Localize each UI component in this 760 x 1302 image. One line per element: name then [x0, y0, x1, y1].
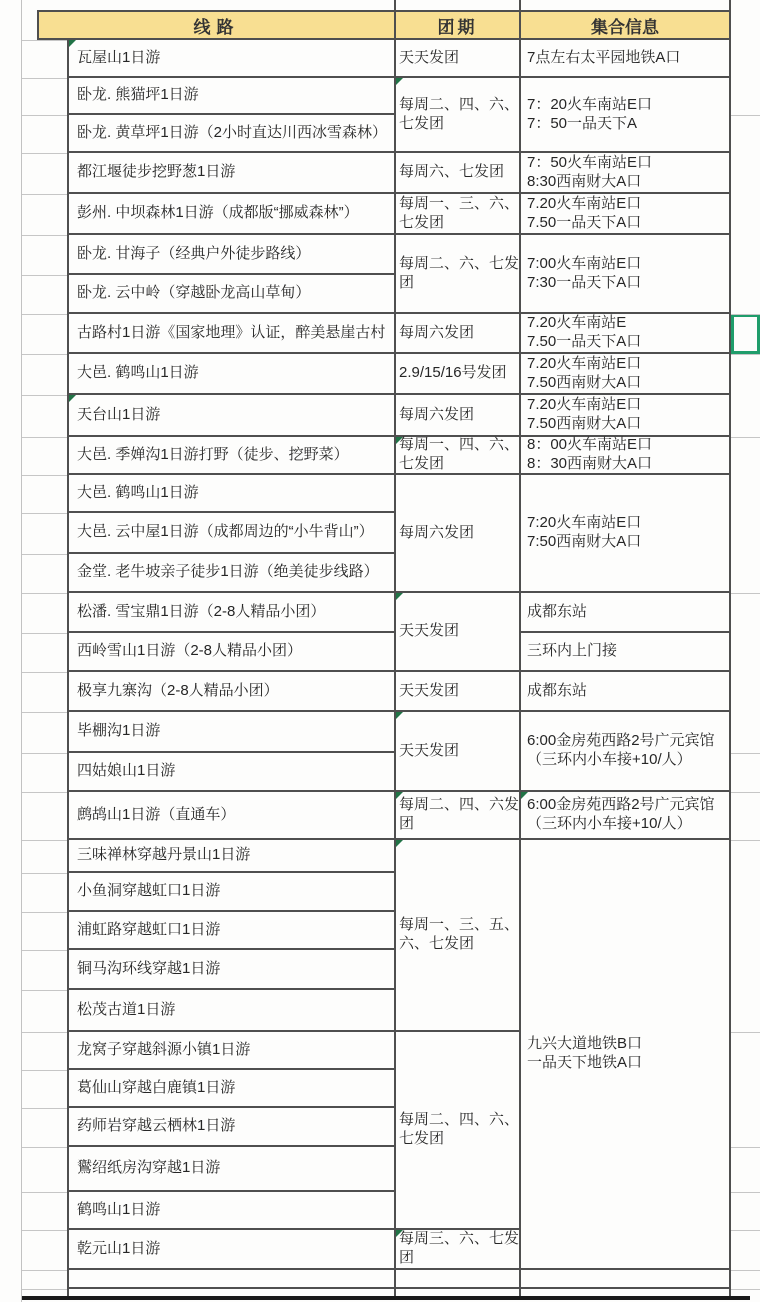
period-cell[interactable]: 天天发团 [396, 593, 521, 672]
meeting-cell[interactable]: 7.20火车南站E口 7.50西南财大A口 [521, 395, 731, 437]
route-text: 葛仙山穿越白鹿镇1日游 [77, 1079, 235, 1098]
meeting-text: 7.20火车南站E口 7.50西南财大A口 [527, 396, 641, 434]
margin-gridline [731, 1032, 760, 1033]
route-text: 卧龙. 熊猫坪1日游 [77, 86, 199, 105]
period-cell[interactable]: 每周六发团 [396, 314, 521, 354]
route-text: 西岭雪山1日游（2-8人精品小团） [77, 642, 302, 661]
meeting-cell[interactable]: 7点左右太平园地铁A口 [521, 40, 731, 78]
meeting-text: 6:00金房苑西路2号广元宾馆（三环内小车接+10/人） [527, 796, 725, 834]
margin-gridline [22, 1270, 67, 1271]
meeting-cell[interactable]: 三环内上门接 [521, 633, 731, 672]
route-cell[interactable]: 铜马沟环线穿越1日游 [67, 950, 396, 990]
period-text: 每周二、四、六发团 [399, 796, 519, 834]
cell-flag-marker-icon [396, 840, 403, 847]
margin-gridline [22, 990, 67, 991]
route-text: 极享九寨沟（2-8人精品小团） [77, 682, 279, 701]
margin-gridline [731, 1147, 760, 1148]
column-header-meeting-label: 集合信息 [591, 13, 659, 38]
route-cell[interactable]: 葛仙山穿越白鹿镇1日游 [67, 1070, 396, 1108]
route-cell[interactable]: 卧龙. 云中岭（穿越卧龙高山草甸） [67, 275, 396, 314]
margin-gridline [22, 437, 67, 438]
period-text: 每周三、六、七发团 [399, 1230, 519, 1268]
meeting-cell[interactable]: 7.20火车南站E口 7.50西南财大A口 [521, 354, 731, 395]
period-text: 天天发团 [399, 49, 459, 68]
route-text: 小鱼洞穿越虹口1日游 [77, 882, 220, 901]
margin-gridline [22, 792, 67, 793]
margin-gridline [22, 235, 67, 236]
margin-gridline [22, 513, 67, 514]
meeting-cell[interactable]: 7:20火车南站E口 7:50西南财大A口 [521, 475, 731, 593]
route-text: 卧龙. 黄草坪1日游（2小时直达川西冰雪森林） [77, 124, 387, 143]
route-cell[interactable]: 卧龙. 甘海子（经典户外徒步路线） [67, 235, 396, 275]
meeting-cell[interactable]: 7.20火车南站E口 7.50一品天下A口 [521, 194, 731, 235]
route-cell[interactable]: 大邑. 鹤鸣山1日游 [67, 354, 396, 395]
top-strip-cell [396, 0, 521, 10]
period-text: 每周六、七发团 [399, 163, 504, 182]
spreadsheet-table: 线路 团期 集合信息 瓦屋山1日游 卧龙. 熊猫坪1日游 卧龙. 黄草坪1日游（… [0, 0, 760, 1302]
meeting-text: 7点左右太平园地铁A口 [527, 49, 680, 68]
margin-gridline [22, 194, 67, 195]
route-cell[interactable]: 松潘. 雪宝鼎1日游（2-8人精品小团） [67, 593, 396, 633]
route-text: 毕棚沟1日游 [77, 722, 160, 741]
period-text: 每周六发团 [399, 406, 474, 425]
margin-gridline [22, 912, 67, 913]
margin-gridline [731, 753, 760, 754]
margin-gridline [22, 633, 67, 634]
route-cell[interactable]: 乾元山1日游 [67, 1230, 396, 1270]
route-text: 卧龙. 云中岭（穿越卧龙高山草甸） [77, 284, 310, 303]
cell-flag-marker-icon [396, 1230, 403, 1237]
meeting-text: 6:00金房苑西路2号广元宾馆（三环内小车接+10/人） [527, 732, 725, 770]
period-cell[interactable]: 天天发团 [396, 40, 521, 78]
cell-flag-marker-icon [396, 78, 403, 85]
route-text: 药师岩穿越云栖林1日游 [77, 1117, 235, 1136]
margin-gridline [731, 593, 760, 594]
meeting-text: 成都东站 [527, 682, 587, 701]
meeting-cell-empty[interactable] [521, 1270, 731, 1289]
route-text: 都江堰徒步挖野葱1日游 [77, 163, 235, 182]
margin-gridline [731, 792, 760, 793]
period-text: 每周一、三、五、六、七发团 [399, 916, 519, 954]
period-text: 每周六发团 [399, 524, 474, 543]
margin-gridline [731, 354, 760, 355]
margin-gridline [731, 840, 760, 841]
route-text: 铜马沟环线穿越1日游 [77, 960, 220, 979]
route-text: 四姑娘山1日游 [77, 762, 175, 781]
route-cell[interactable]: 三味禅林穿越丹景山1日游 [67, 840, 396, 873]
route-text: 三味禅林穿越丹景山1日游 [77, 846, 250, 865]
route-cell[interactable]: 鹧鸪山1日游（直通车） [67, 792, 396, 840]
route-cell[interactable]: 西岭雪山1日游（2-8人精品小团） [67, 633, 396, 672]
period-text: 每周六发团 [399, 324, 474, 343]
period-text: 天天发团 [399, 622, 459, 641]
route-cell[interactable]: 卧龙. 熊猫坪1日游 [67, 78, 396, 115]
period-text: 天天发团 [399, 682, 459, 701]
column-header-period[interactable]: 团期 [396, 10, 521, 40]
margin-gridline [22, 115, 67, 116]
route-text: 金堂. 老牛坡亲子徒步1日游（绝美徒步线路） [77, 563, 379, 582]
meeting-cell[interactable]: 7：50火车南站E口 8:30西南财大A口 [521, 153, 731, 194]
route-text: 乾元山1日游 [77, 1240, 160, 1259]
meeting-cell[interactable]: 成都东站 [521, 593, 731, 633]
period-text: 每周一、三、六、七发团 [399, 195, 519, 233]
route-text: 大邑. 鹤鸣山1日游 [77, 364, 199, 383]
route-text: 松茂古道1日游 [77, 1001, 175, 1020]
margin-gridline [22, 950, 67, 951]
route-cell-empty[interactable] [67, 1270, 396, 1289]
margin-gridline [22, 314, 67, 315]
column-header-meeting[interactable]: 集合信息 [521, 10, 731, 40]
meeting-cell[interactable]: 8：00火车南站E口 8：30西南财大A口 [521, 437, 731, 475]
margin-gridline [22, 712, 67, 713]
meeting-text: 成都东站 [527, 603, 587, 622]
period-cell[interactable]: 每周二、四、六、七发团 [396, 78, 521, 153]
margin-gridline [22, 78, 67, 79]
route-cell[interactable]: 大邑. 鹤鸣山1日游 [67, 475, 396, 513]
margin-gridline [731, 115, 760, 116]
meeting-text: 九兴大道地铁B口 一品天下地铁A口 [527, 1035, 642, 1073]
route-text: 大邑. 季婵沟1日游打野（徒步、挖野菜） [77, 446, 349, 465]
meeting-cell[interactable]: 7:00火车南站E口 7:30一品天下A口 [521, 235, 731, 314]
period-cell[interactable]: 天天发团 [396, 672, 521, 712]
margin-gridline [22, 153, 67, 154]
period-text: 每周二、四、六、七发团 [399, 96, 519, 134]
bottom-thick-border [22, 1296, 750, 1300]
margin-gridline [22, 1289, 67, 1290]
route-cell[interactable]: 天台山1日游 [67, 395, 396, 437]
margin-gridline [22, 1108, 67, 1109]
margin-gridline [731, 314, 760, 315]
route-cell[interactable]: 极享九寨沟（2-8人精品小团） [67, 672, 396, 712]
route-cell[interactable]: 大邑. 季婵沟1日游打野（徒步、挖野菜） [67, 437, 396, 475]
period-cell[interactable]: 天天发团 [396, 712, 521, 792]
cell-flag-marker-icon [69, 395, 76, 402]
period-text: 每周二、六、七发团 [399, 255, 519, 293]
route-text: 卧龙. 甘海子（经典户外徒步路线） [77, 245, 310, 264]
margin-gridline [22, 1192, 67, 1193]
period-cell[interactable]: 每周六发团 [396, 475, 521, 593]
column-header-period-label: 团期 [438, 13, 478, 38]
meeting-text: 7:00火车南站E口 7:30一品天下A口 [527, 255, 641, 293]
route-text: 鹧鸪山1日游（直通车） [77, 806, 235, 825]
route-cell[interactable]: 瓦屋山1日游 [67, 40, 396, 78]
period-cell[interactable]: 每周一、四、六、七发团 [396, 437, 521, 475]
margin-gridline [22, 753, 67, 754]
period-cell[interactable]: 每周六、七发团 [396, 153, 521, 194]
meeting-cell[interactable]: 7.20火车南站E 7.50一品天下A口 [521, 314, 731, 354]
period-cell[interactable]: 每周一、三、五、六、七发团 [396, 840, 521, 1032]
left-pane-gridline [21, 0, 22, 1302]
route-cell[interactable]: 都江堰徒步挖野葱1日游 [67, 153, 396, 194]
route-text: 古路村1日游《国家地理》认证，醉美悬崖古村 [77, 324, 385, 343]
meeting-text: 三环内上门接 [527, 642, 617, 661]
margin-gridline [22, 40, 67, 41]
margin-gridline [731, 1192, 760, 1193]
meeting-cell[interactable]: 6:00金房苑西路2号广元宾馆（三环内小车接+10/人） [521, 792, 731, 840]
route-text: 浦虹路穿越虹口1日游 [77, 921, 220, 940]
meeting-text: 7：20火车南站E口 7：50一品天下A [527, 96, 652, 134]
route-cell[interactable]: 松茂古道1日游 [67, 990, 396, 1032]
route-cell[interactable]: 浦虹路穿越虹口1日游 [67, 912, 396, 950]
period-cell[interactable]: 每周二、六、七发团 [396, 235, 521, 314]
route-cell[interactable]: 毕棚沟1日游 [67, 712, 396, 753]
meeting-text: 7：50火车南站E口 8:30西南财大A口 [527, 154, 652, 192]
route-cell[interactable]: 四姑娘山1日游 [67, 753, 396, 792]
column-header-route[interactable]: 线路 [37, 10, 396, 40]
margin-gridline [731, 437, 760, 438]
meeting-cell[interactable]: 7：20火车南站E口 7：50一品天下A [521, 78, 731, 153]
margin-gridline [22, 1147, 67, 1148]
route-cell[interactable]: 卧龙. 黄草坪1日游（2小时直达川西冰雪森林） [67, 115, 396, 153]
selected-cell[interactable] [731, 314, 760, 354]
margin-gridline [731, 1289, 760, 1290]
margin-gridline [22, 840, 67, 841]
route-cell[interactable]: 药师岩穿越云栖林1日游 [67, 1108, 396, 1147]
margin-gridline [731, 1230, 760, 1231]
cell-flag-marker-icon [521, 792, 528, 799]
route-text: 大邑. 鹤鸣山1日游 [77, 484, 199, 503]
margin-gridline [22, 475, 67, 476]
margin-gridline [22, 672, 67, 673]
route-text: 瓦屋山1日游 [77, 49, 160, 68]
top-strip-cell [521, 0, 731, 10]
meeting-text: 7.20火车南站E口 7.50西南财大A口 [527, 355, 641, 393]
margin-gridline [22, 554, 67, 555]
route-cell[interactable]: 小鱼洞穿越虹口1日游 [67, 873, 396, 912]
meeting-text: 8：00火车南站E口 8：30西南财大A口 [527, 436, 652, 474]
route-text: 彭州. 中坝森林1日游（成都版“挪威森林”） [77, 204, 359, 223]
period-cell-empty[interactable] [396, 1270, 521, 1289]
route-cell[interactable]: 金堂. 老牛坡亲子徒步1日游（绝美徒步线路） [67, 554, 396, 593]
route-cell[interactable]: 鸑绍纸房沟穿越1日游 [67, 1147, 396, 1192]
period-text: 天天发团 [399, 742, 459, 761]
route-text: 大邑. 云中屋1日游（成都周边的“小牛背山”） [77, 523, 374, 542]
top-strip-cell [37, 0, 396, 10]
period-text: 每周二、四、六、七发团 [399, 1111, 519, 1149]
meeting-text: 7.20火车南站E口 7.50一品天下A口 [527, 195, 641, 233]
cell-flag-marker-icon [396, 792, 403, 799]
meeting-cell[interactable]: 6:00金房苑西路2号广元宾馆（三环内小车接+10/人） [521, 712, 731, 792]
route-text: 天台山1日游 [77, 406, 160, 425]
route-cell[interactable]: 龙窝子穿越斜源小镇1日游 [67, 1032, 396, 1070]
route-cell[interactable]: 大邑. 云中屋1日游（成都周边的“小牛背山”） [67, 513, 396, 554]
route-cell[interactable]: 鹤鸣山1日游 [67, 1192, 396, 1230]
margin-gridline [22, 873, 67, 874]
period-cell[interactable]: 2.9/15/16号发团 [396, 354, 521, 395]
route-cell[interactable]: 古路村1日游《国家地理》认证，醉美悬崖古村 [67, 314, 396, 354]
margin-gridline [22, 1070, 67, 1071]
period-cell[interactable]: 每周一、三、六、七发团 [396, 194, 521, 235]
cell-flag-marker-icon [396, 593, 403, 600]
cell-flag-marker-icon [396, 712, 403, 719]
margin-gridline [22, 354, 67, 355]
margin-gridline [22, 275, 67, 276]
meeting-cell[interactable]: 成都东站 [521, 672, 731, 712]
period-cell[interactable]: 每周二、四、六发团 [396, 792, 521, 840]
margin-gridline [22, 593, 67, 594]
meeting-text: 7:20火车南站E口 7:50西南财大A口 [527, 514, 641, 552]
margin-gridline [22, 1230, 67, 1231]
period-cell[interactable]: 每周二、四、六、七发团 [396, 1032, 521, 1230]
route-text: 龙窝子穿越斜源小镇1日游 [77, 1041, 250, 1060]
cell-flag-marker-icon [396, 437, 403, 444]
period-cell[interactable]: 每周六发团 [396, 395, 521, 437]
meeting-text: 7.20火车南站E 7.50一品天下A口 [527, 314, 641, 352]
route-text: 松潘. 雪宝鼎1日游（2-8人精品小团） [77, 603, 325, 622]
route-text: 鹤鸣山1日游 [77, 1201, 160, 1220]
margin-gridline [22, 1032, 67, 1033]
column-header-route-label: 线路 [194, 13, 240, 38]
margin-gridline [22, 395, 67, 396]
period-text: 每周一、四、六、七发团 [399, 436, 519, 474]
meeting-cell[interactable]: 九兴大道地铁B口 一品天下地铁A口 [521, 840, 731, 1270]
margin-gridline [731, 1270, 760, 1271]
period-text: 2.9/15/16号发团 [399, 364, 507, 383]
route-text: 鸑绍纸房沟穿越1日游 [77, 1159, 220, 1178]
route-cell[interactable]: 彭州. 中坝森林1日游（成都版“挪威森林”） [67, 194, 396, 235]
period-cell[interactable]: 每周三、六、七发团 [396, 1230, 521, 1270]
cell-flag-marker-icon [69, 40, 76, 47]
